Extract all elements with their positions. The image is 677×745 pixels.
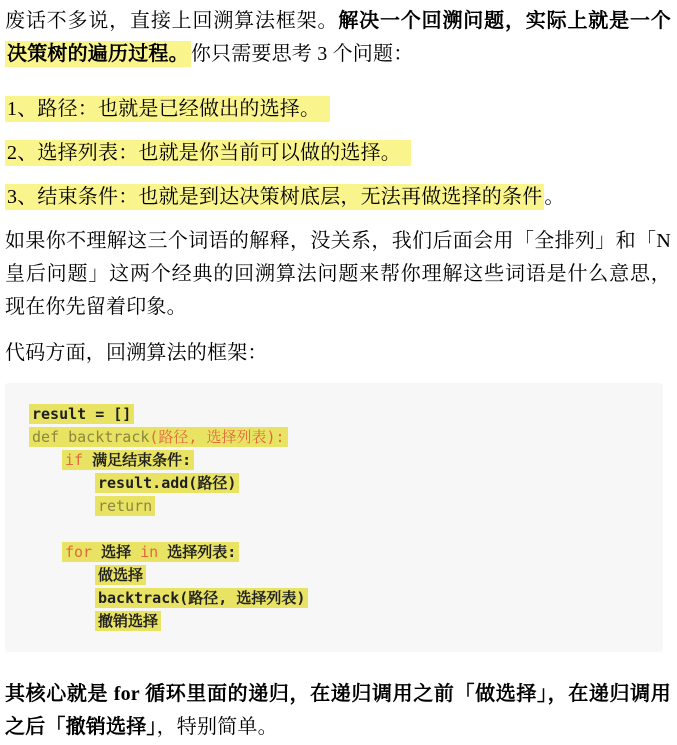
summary-text-end: ，特别简单。 (157, 716, 278, 738)
code-highlight: result.add(路径) (95, 473, 239, 493)
explanation-paragraph: 如果你不理解这三个词语的解释，没关系，我们后面会用「全排列」和「N皇后问题」这两… (5, 225, 671, 324)
code-indent: for 选择 in 选择列表: (29, 541, 239, 564)
code-token-keyword: return (98, 497, 152, 515)
code-blank-line (29, 518, 647, 541)
code-token: 满足结束条件: (83, 451, 191, 469)
article-content: 废话不多说，直接上回溯算法框架。解决一个回溯问题，实际上就是一个决策树的遍历过程… (0, 0, 677, 745)
code-token: 做选择 (98, 566, 143, 584)
code-highlight: 做选择 (95, 565, 146, 585)
code-line: if 满足结束条件: (29, 449, 647, 472)
code-token: result.add(路径) (98, 474, 236, 492)
summary-bold-text: 其核心就是 for 循环里面的递归，在递归调用之前「做选择」，在递归调用之后「撤… (5, 683, 671, 738)
highlighted-text: 3、结束条件：也就是到达决策树底层，无法再做选择的条件 (5, 184, 544, 210)
code-token-keyword: if (65, 451, 83, 469)
summary-paragraph: 其核心就是 for 循环里面的递归，在递归调用之前「做选择」，在递归调用之后「撤… (5, 678, 671, 744)
intro-paragraph: 废话不多说，直接上回溯算法框架。解决一个回溯问题，实际上就是一个决策树的遍历过程… (5, 5, 671, 71)
code-line: for 选择 in 选择列表: (29, 541, 647, 564)
list-item-path: 1、路径：也就是已经做出的选择。 (5, 93, 671, 126)
code-highlight: if 满足结束条件: (62, 450, 194, 470)
code-indent: 做选择 (29, 564, 146, 587)
code-indent: if 满足结束条件: (29, 449, 194, 472)
code-indent: return (29, 495, 155, 518)
code-highlight: backtrack(路径, 选择列表) (95, 588, 308, 608)
highlighted-text: 2、选择列表：也就是你当前可以做的选择。 (5, 140, 411, 166)
intro-text-start: 废话不多说，直接上回溯算法框架。 (5, 10, 338, 32)
code-token: backtrack(路径, 选择列表) (98, 589, 305, 607)
intro-text-end: 你只需要思考 3 个问题： (191, 43, 414, 65)
code-highlight: 撤销选择 (95, 611, 161, 631)
code-token: 撤销选择 (98, 612, 158, 630)
code-line: return (29, 495, 647, 518)
highlighted-text: 1、路径：也就是已经做出的选择。 (5, 96, 330, 122)
code-token: 选择 (92, 543, 140, 561)
code-line: backtrack(路径, 选择列表) (29, 587, 647, 610)
code-indent: backtrack(路径, 选择列表) (29, 587, 308, 610)
code-indent: 撤销选择 (29, 610, 161, 633)
code-block: result = [] def backtrack(路径, 选择列表): if … (5, 383, 663, 652)
intro-bold-highlight-text: 决策树的遍历过程。 (5, 41, 191, 67)
code-token-keyword: in (140, 543, 158, 561)
list-item-choice-list: 2、选择列表：也就是你当前可以做的选择。 (5, 137, 671, 170)
code-highlight: result = [] (29, 404, 134, 424)
list-item-end-condition: 3、结束条件：也就是到达决策树底层，无法再做选择的条件。 (5, 181, 671, 214)
code-line: 撤销选择 (29, 610, 647, 633)
intro-bold-text: 解决一个回溯问题，实际上就是一个 (338, 10, 671, 32)
code-indent: result.add(路径) (29, 472, 239, 495)
code-highlight: for 选择 in 选择列表: (62, 542, 239, 562)
code-token: result = [] (32, 405, 131, 423)
code-token-args: (路径, 选择列表): (149, 428, 284, 446)
code-token-keyword: for (65, 543, 92, 561)
code-token-keyword: def backtrack (32, 428, 149, 446)
code-line: 做选择 (29, 564, 647, 587)
code-intro-paragraph: 代码方面，回溯算法的框架： (5, 337, 671, 370)
list-item-tail: 。 (544, 186, 564, 208)
code-line: def backtrack(路径, 选择列表): (29, 426, 647, 449)
code-highlight: def backtrack(路径, 选择列表): (29, 427, 288, 447)
code-line: result.add(路径) (29, 472, 647, 495)
code-line: result = [] (29, 403, 647, 426)
code-token: 选择列表: (158, 543, 236, 561)
code-highlight: return (95, 496, 155, 516)
